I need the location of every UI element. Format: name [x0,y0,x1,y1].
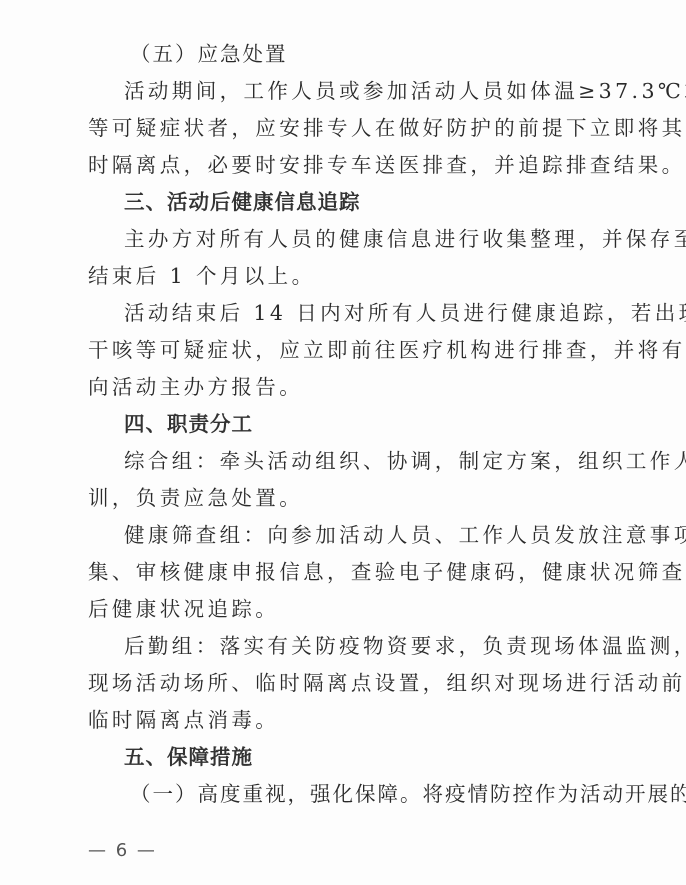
paragraph-line: 向活动主办方报告。 [88,369,598,405]
paragraph-line: 训，负责应急处置。 [88,480,598,516]
paragraph-line: 健康筛查组：向参加活动人员、工作人员发放注意事项，收 [124,517,634,553]
paragraph-line: 等可疑症状者，应安排专人在做好防护的前提下立即将其转至临 [88,110,598,146]
page-number: — 6 — [88,840,157,861]
paragraph-line: 主办方对所有人员的健康信息进行收集整理，并保存至活动 [124,221,634,257]
paragraph-line: 临时隔离点消毒。 [88,702,598,738]
subheading-emergency-handling: （五）应急处置 [130,36,640,72]
paragraph-line: 时隔离点，必要时安排专车送医排查，并追踪排查结果。 [88,147,598,183]
document-page: （五）应急处置 活动期间，工作人员或参加活动人员如体温≥37.3℃或有咳嗽 等可… [0,0,686,885]
paragraph-line: 后勤组：落实有关防疫物资要求，负责现场体温监测，负责 [124,628,634,664]
paragraph-line: 后健康状况追踪。 [88,591,598,627]
paragraph-line: 现场活动场所、临时隔离点设置，组织对现场进行活动前后消毒、 [88,665,598,701]
heading-safeguard-measures: 五、保障措施 [124,739,634,775]
paragraph-line: 干咳等可疑症状，应立即前往医疗机构进行排查，并将有关情况 [88,332,598,368]
heading-post-event-health-tracking: 三、活动后健康信息追踪 [124,184,634,220]
heading-responsibilities: 四、职责分工 [124,406,634,442]
paragraph-line: 活动期间，工作人员或参加活动人员如体温≥37.3℃或有咳嗽 [124,73,634,109]
paragraph-line: 结束后 1 个月以上。 [88,258,598,294]
paragraph-line: 综合组：牵头活动组织、协调，制定方案，组织工作人员培 [124,443,634,479]
paragraph-line: （一）高度重视，强化保障。将疫情防控作为活动开展的第 [130,776,640,812]
paragraph-line: 活动结束后 14 日内对所有人员进行健康追踪，若出现发热、 [124,295,634,331]
paragraph-line: 集、审核健康申报信息，查验电子健康码，健康状况筛查；活动 [88,554,598,590]
